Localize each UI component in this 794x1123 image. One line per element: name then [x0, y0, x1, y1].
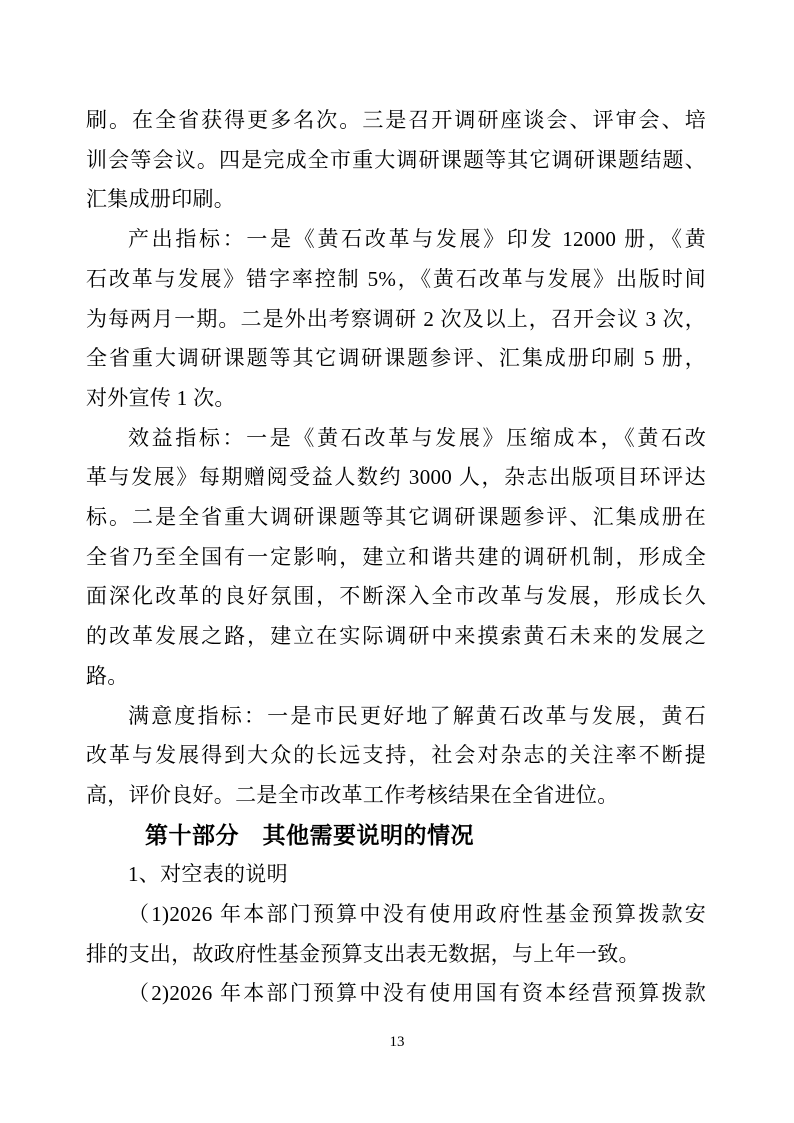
- section-heading: 第十部分 其他需要说明的情况: [86, 816, 706, 856]
- page-footer: 13: [0, 1034, 794, 1051]
- text-line: 全省重大调研课题等其它调研课题参评、汇集成册印刷 5 册，: [86, 339, 706, 379]
- text-line: 汇集成册印刷。: [86, 180, 706, 220]
- document-page: 刷。在全省获得更多名次。三是召开调研座谈会、评审会、培训会等会议。四是完成全市重…: [0, 0, 794, 1123]
- text-line: 训会等会议。四是完成全市重大调研课题等其它调研课题结题、: [86, 141, 706, 181]
- text-line: 产出指标：一是《黄石改革与发展》印发 12000 册，《黄: [86, 220, 706, 260]
- text-line: 改革与发展得到大众的长远支持，社会对杂志的关注率不断提: [86, 736, 706, 776]
- text-line: 面深化改革的良好氛围，不断深入全市改革与发展，形成长久: [86, 577, 706, 617]
- text-line: （2)2026 年本部门预算中没有使用国有资本经营预算拨款: [86, 974, 706, 1014]
- text-line: 排的支出，故政府性基金预算支出表无数据，与上年一致。: [86, 935, 706, 975]
- text-line: 全省乃至全国有一定影响，建立和谐共建的调研机制，形成全: [86, 538, 706, 578]
- text-line: 效益指标：一是《黄石改革与发展》压缩成本，《黄石改: [86, 419, 706, 459]
- text-line: 高，评价良好。二是全市改革工作考核结果在全省进位。: [86, 776, 706, 816]
- text-line: 石改革与发展》错字率控制 5%，《黄石改革与发展》出版时间: [86, 260, 706, 300]
- text-line: 刷。在全省获得更多名次。三是召开调研座谈会、评审会、培: [86, 101, 706, 141]
- page-number: 13: [390, 1034, 405, 1050]
- text-line: 1、对空表的说明: [86, 855, 706, 895]
- document-body: 刷。在全省获得更多名次。三是召开调研座谈会、评审会、培训会等会议。四是完成全市重…: [86, 101, 706, 1014]
- text-line: 为每两月一期。二是外出考察调研 2 次及以上，召开会议 3 次，: [86, 300, 706, 340]
- text-line: 革与发展》每期赠阅受益人数约 3000 人，杂志出版项目环评达: [86, 458, 706, 498]
- text-line: 满意度指标：一是市民更好地了解黄石改革与发展，黄石: [86, 697, 706, 737]
- text-line: （1)2026 年本部门预算中没有使用政府性基金预算拨款安: [86, 895, 706, 935]
- text-line: 的改革发展之路，建立在实际调研中来摸索黄石未来的发展之: [86, 617, 706, 657]
- text-line: 对外宣传 1 次。: [86, 379, 706, 419]
- text-line: 路。: [86, 657, 706, 697]
- text-line: 标。二是全省重大调研课题等其它调研课题参评、汇集成册在: [86, 498, 706, 538]
